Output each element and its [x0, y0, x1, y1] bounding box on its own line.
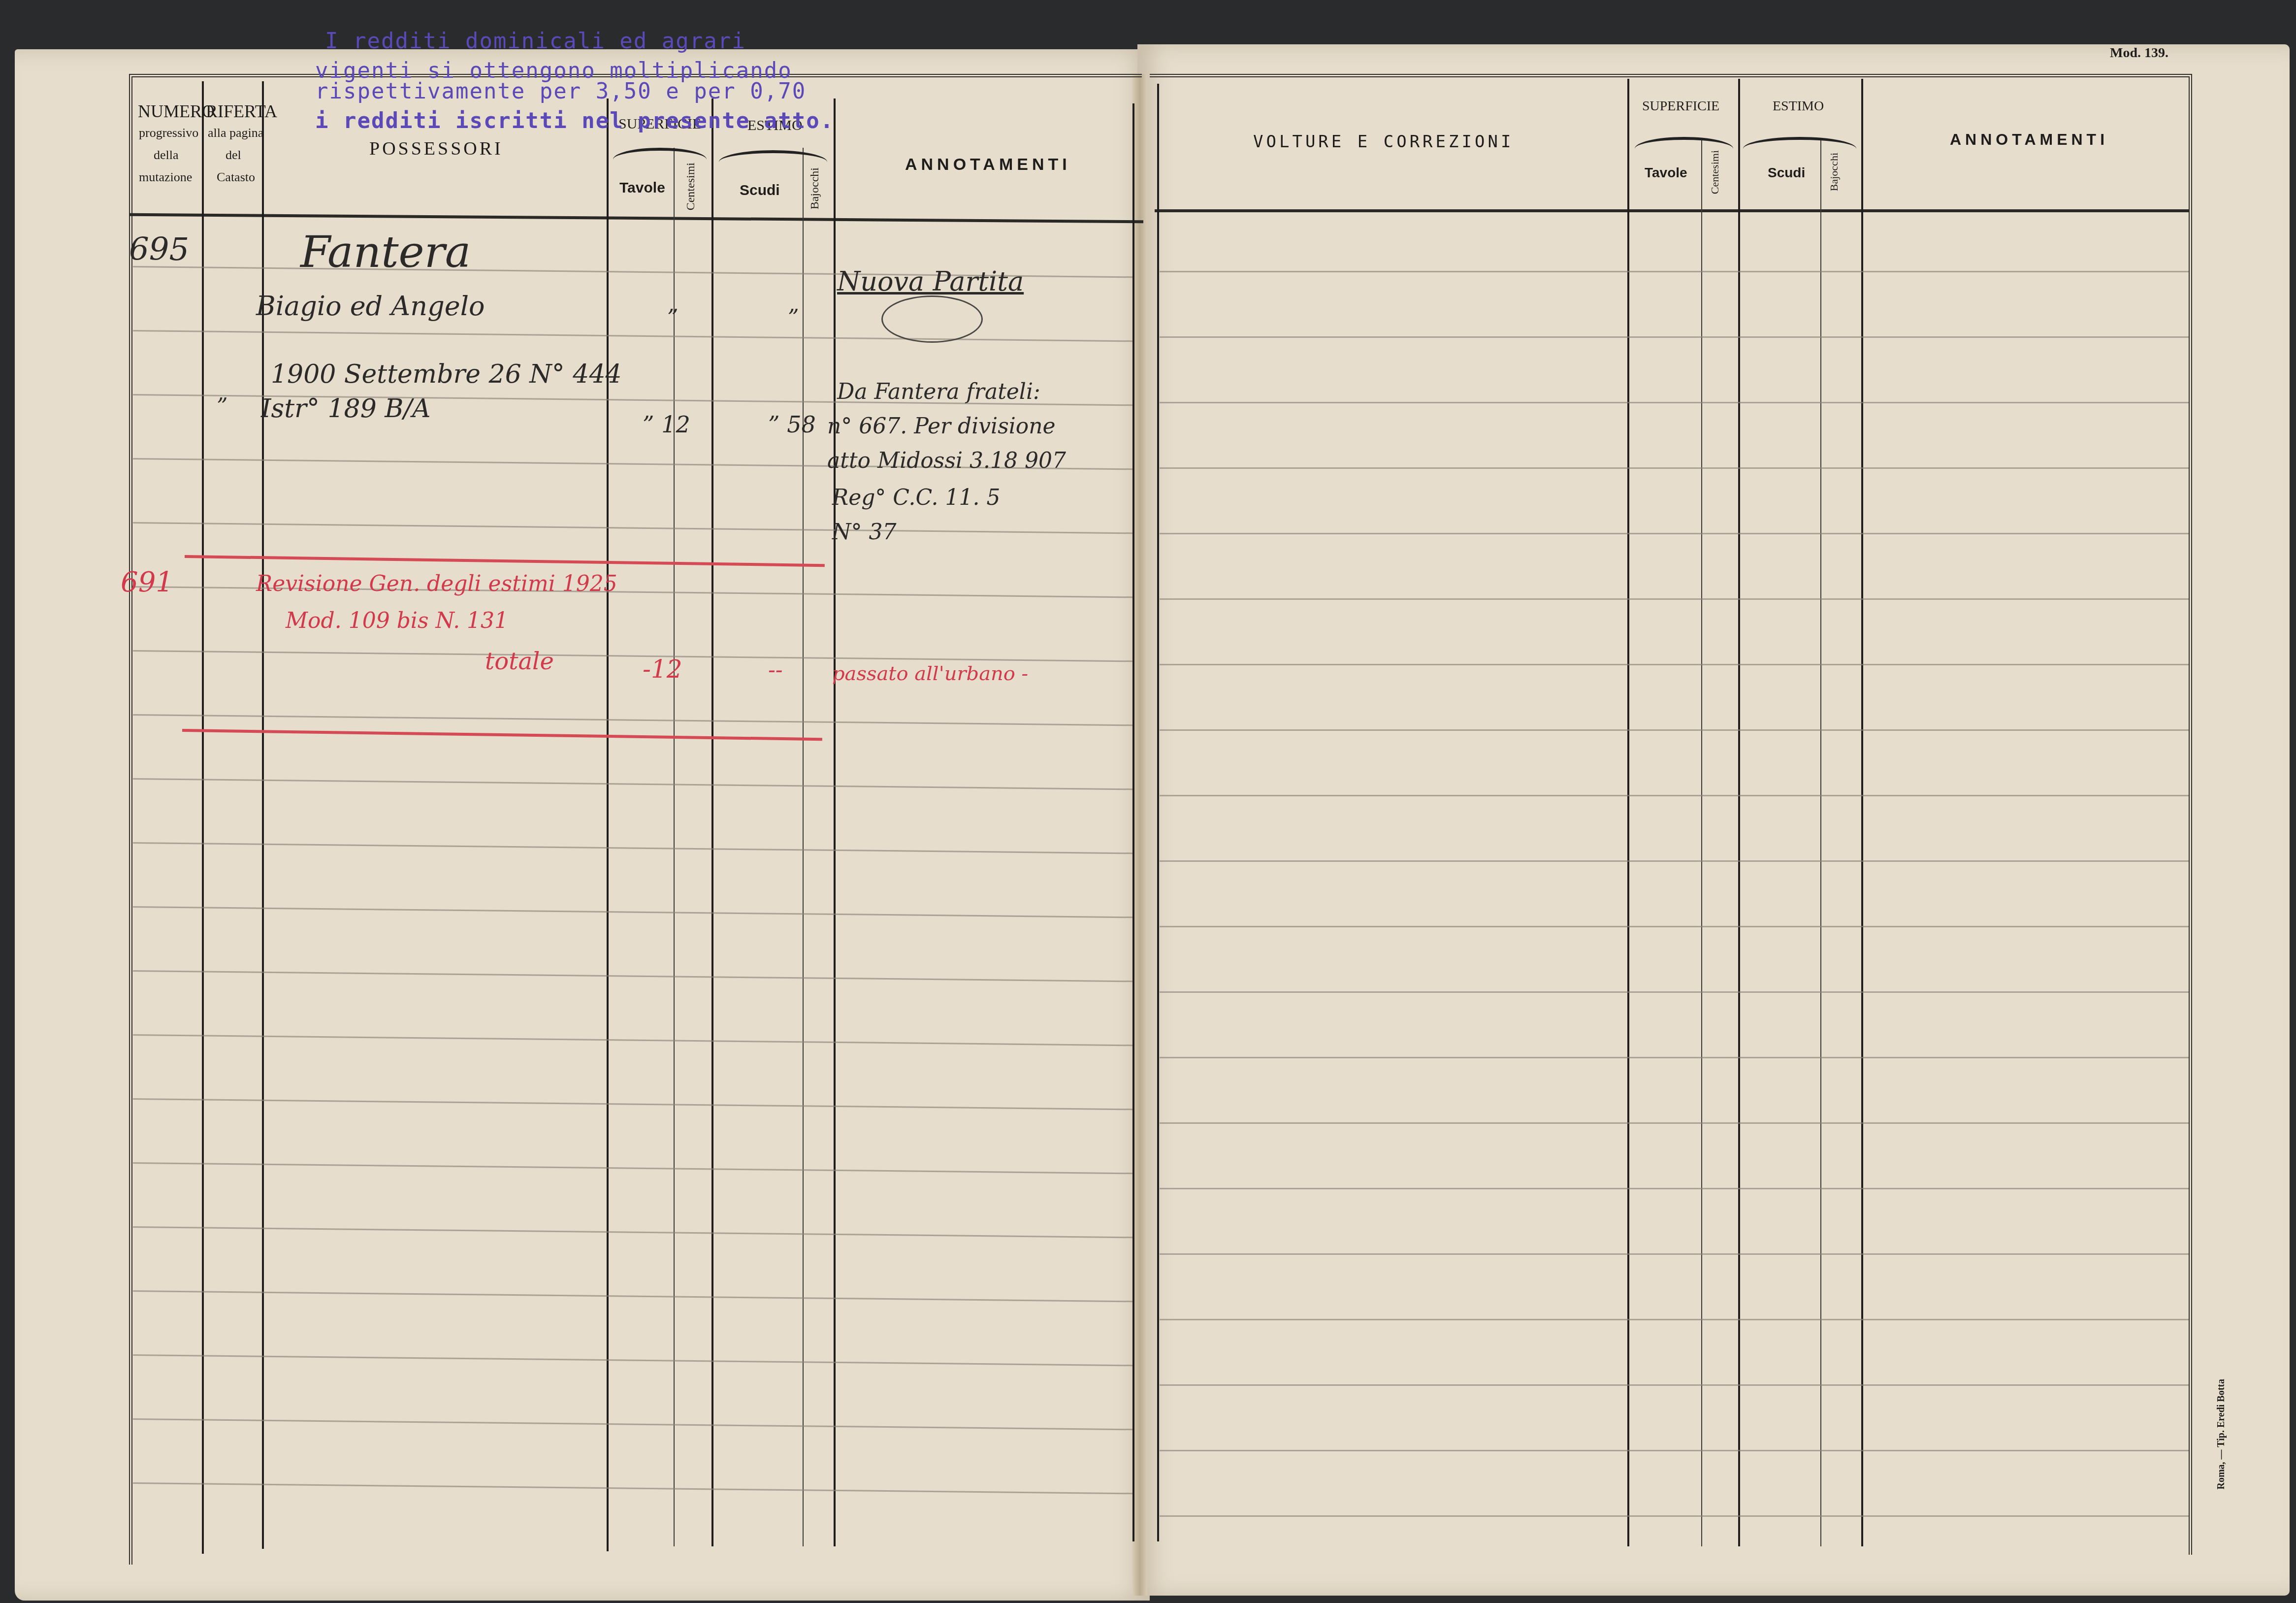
header-riferta-title: RIFERTA	[206, 101, 277, 122]
entry2-annotation-2: n° 667. Per divisione	[827, 414, 1056, 439]
ruled-line	[1160, 1384, 2189, 1386]
ruled-line	[1160, 402, 2189, 403]
header-riferta-line2: del	[226, 148, 241, 163]
ruled-line	[1160, 271, 2189, 272]
col-line-annotamenti	[1132, 103, 1134, 1541]
r-col-line-tavole	[1701, 138, 1702, 1546]
col-line-numero	[202, 81, 204, 1554]
r-header-scudi: Scudi	[1768, 165, 1805, 181]
header-possessori: POSSESSORI	[369, 138, 503, 160]
ruled-line	[1160, 1515, 2189, 1517]
entry2-date-line: 1900 Settembre 26 N° 444	[271, 360, 622, 389]
col-line-tavole	[674, 148, 675, 1546]
entry2-annotation-1: Da Fantera frateli:	[837, 379, 1040, 404]
entry2-riferta: ”	[217, 394, 228, 419]
entry2-istr-line: Istr° 189 B/A	[261, 394, 431, 424]
entry1-scudi: ”	[788, 305, 799, 330]
entry2-annotation-5: N° 37	[832, 520, 896, 545]
col-line-superficie	[711, 98, 713, 1546]
ruled-line	[1160, 664, 2189, 665]
entry3-tavole: -12	[643, 655, 682, 684]
entry1-tavole: ”	[667, 305, 679, 330]
ruled-line	[1160, 860, 2189, 862]
ruled-line	[1160, 1188, 2189, 1189]
ruled-line	[1160, 1253, 2189, 1255]
r-header-superficie: SUPERFICIE	[1642, 98, 1719, 114]
header-numero-line3: mutazione	[139, 170, 192, 185]
ruled-line	[1160, 467, 2189, 469]
flourish-icon	[881, 295, 983, 343]
entry3-annotation: passato all'urbano -	[832, 662, 1028, 685]
header-bajocchi: Bajocchi	[808, 167, 822, 209]
ruled-line	[1160, 729, 2189, 731]
r-col-line-estimo	[1861, 79, 1863, 1546]
entry3-scudi: --	[768, 657, 783, 683]
header-centesimi: Centesimi	[684, 163, 698, 210]
stamp-line-3: rispettivamente per 3,50 e per 0,70	[315, 79, 806, 104]
entry3-totale-label: totale	[485, 648, 554, 675]
col-line-estimo	[834, 98, 836, 1546]
r-header-estimo: ESTIMO	[1773, 98, 1824, 114]
form-code: Mod. 139.	[2110, 45, 2168, 61]
header-tavole: Tavole	[619, 180, 665, 196]
r-header-centesimi: Centesimi	[1709, 150, 1721, 194]
entry2-annotation-3: atto Midossi 3.18 907	[827, 448, 1066, 473]
ruled-line	[1160, 926, 2189, 927]
r-col-line-volture	[1627, 79, 1629, 1546]
stamp-line-4: i redditi iscritti nel presente atto.	[315, 108, 834, 133]
ruled-line	[1160, 1319, 2189, 1320]
ruled-line	[1160, 1122, 2189, 1124]
ruled-line	[1160, 598, 2189, 600]
r-col-line-scudi	[1820, 138, 1821, 1546]
header-riferta-line3: Catasto	[217, 170, 255, 185]
header-numero-title: NUMERO	[138, 101, 215, 122]
header-annotamenti-right: ANNOTAMENTI	[1950, 131, 2108, 149]
ruled-line	[1160, 991, 2189, 993]
r-header-tavole: Tavole	[1645, 165, 1687, 181]
entry1-surname: Fantera	[300, 227, 471, 277]
r-col-line-left	[1157, 84, 1159, 1541]
header-numero-line1: progressivo	[139, 126, 198, 140]
header-annotamenti-left: ANNOTAMENTI	[905, 155, 1071, 174]
ruled-line	[1160, 1057, 2189, 1058]
entry1-annotation: Nuova Partita	[837, 266, 1024, 297]
ruled-line	[1160, 1450, 2189, 1451]
stamp-line-1: I redditi dominicali ed agrari	[325, 29, 746, 54]
col-line-scudi	[803, 148, 804, 1546]
entry2-annotation-4: Reg° C.C. 11. 5	[832, 485, 1000, 510]
ruled-line	[1160, 533, 2189, 534]
header-riferta-line1: alla pagina	[208, 126, 263, 140]
entry3-revision: Revisione Gen. degli estimi 1925	[256, 571, 617, 596]
entry1-numero: 695	[129, 231, 189, 268]
ruled-line	[1160, 336, 2189, 338]
ruled-line	[1160, 795, 2189, 796]
header-scudi: Scudi	[740, 182, 780, 199]
right-table-frame	[1150, 74, 2192, 1555]
header-volture: VOLTURE E CORREZIONI	[1253, 132, 1514, 152]
entry2-tavole: ” 12	[643, 411, 690, 438]
right-header-divider	[1155, 209, 2189, 212]
col-line-possessori	[607, 98, 609, 1551]
r-header-bajocchi: Bajocchi	[1828, 153, 1841, 191]
entry2-scudi: ” 58	[768, 411, 816, 438]
entry1-given-names: Biagio ed Angelo	[256, 291, 485, 322]
entry3-numero: 691	[121, 566, 173, 598]
header-numero-line2: della	[154, 148, 179, 163]
r-col-line-superficie	[1738, 79, 1740, 1546]
printer-imprint: Roma, — Tip. Eredi Botta	[2216, 1379, 2227, 1489]
entry3-model: Mod. 109 bis N. 131	[286, 608, 508, 633]
